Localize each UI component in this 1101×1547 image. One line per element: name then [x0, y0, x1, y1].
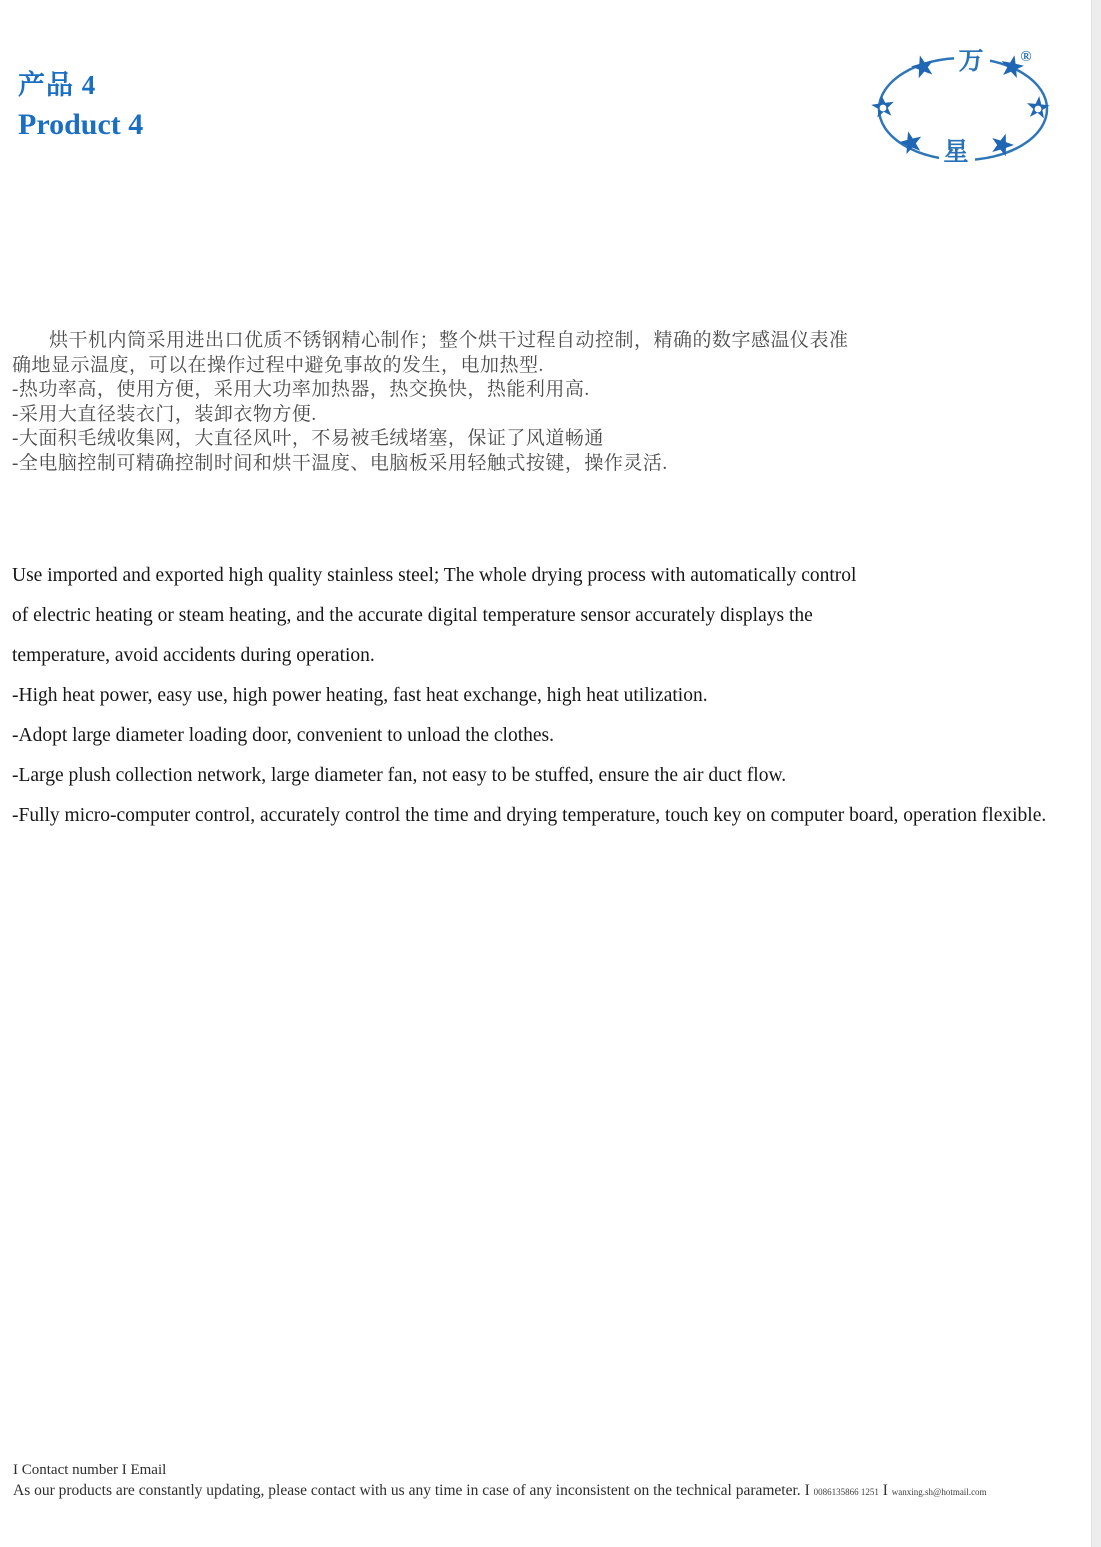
- document-page: 产品 4 Product 4 万 星 ® 烘干机内筒采用进出口优质不锈钢精心制作…: [0, 0, 1101, 1547]
- zh-line: -大面积毛绒收集网，大直径风叶，不易被毛绒堵塞，保证了风道畅通: [12, 427, 902, 452]
- zh-line: -全电脑控制可精确控制时间和烘干温度、电脑板采用轻触式按键，操作灵活.: [12, 452, 902, 477]
- en-line: -Adopt large diameter loading door, conv…: [12, 716, 1097, 756]
- logo-char-top: 万: [958, 48, 983, 75]
- zh-line: -热功率高，使用方便，采用大功率加热器，热交换快，热能利用高.: [12, 378, 902, 403]
- star-outline-icon: [870, 94, 896, 119]
- zh-line: 烘干机内筒采用进出口优质不锈钢精心制作；整个烘干过程自动控制，精确的数字感温仪表…: [12, 329, 902, 354]
- en-line: -Large plush collection network, large d…: [12, 756, 1097, 796]
- footer-note: As our products are constantly updating,…: [13, 1482, 801, 1499]
- registered-mark: ®: [1020, 49, 1031, 65]
- footer-phone: 0086135866 1251: [814, 1487, 879, 1497]
- footer-email: wanxing.sh@hotmail.com: [892, 1487, 987, 1497]
- en-line: -Fully micro-computer control, accuratel…: [12, 796, 1097, 836]
- en-line: -High heat power, easy use, high power h…: [12, 676, 1097, 716]
- footer-note-line: As our products are constantly updating,…: [13, 1481, 1095, 1502]
- description-chinese: 烘干机内筒采用进出口优质不锈钢精心制作；整个烘干过程自动控制，精确的数字感温仪表…: [12, 329, 902, 476]
- company-logo: 万 星 ®: [862, 33, 1072, 183]
- page-title-en: Product 4: [18, 108, 143, 142]
- en-line: temperature, avoid accidents during oper…: [12, 636, 1097, 676]
- star-icon: [909, 52, 937, 79]
- star-icon: [897, 129, 924, 156]
- footer-contact-labels: I Contact number I Email: [13, 1461, 1095, 1479]
- description-english: Use imported and exported high quality s…: [12, 556, 1097, 836]
- zh-line: 确地显示温度，可以在操作过程中避免事故的发生，电加热型.: [12, 354, 902, 379]
- page-title-zh: 产品 4: [18, 70, 143, 100]
- zh-line: -采用大直径装衣门，装卸衣物方便.: [12, 403, 902, 428]
- en-line: Use imported and exported high quality s…: [12, 556, 1097, 596]
- scrollbar-track[interactable]: [1091, 0, 1101, 1547]
- logo-char-bottom: 星: [943, 138, 968, 166]
- en-line: of electric heating or steam heating, an…: [12, 596, 1097, 636]
- footer-separator: I: [883, 1482, 888, 1499]
- page-title: 产品 4 Product 4: [18, 70, 143, 142]
- footer-separator: I: [805, 1482, 810, 1499]
- page-footer: I Contact number I Email As our products…: [13, 1461, 1095, 1502]
